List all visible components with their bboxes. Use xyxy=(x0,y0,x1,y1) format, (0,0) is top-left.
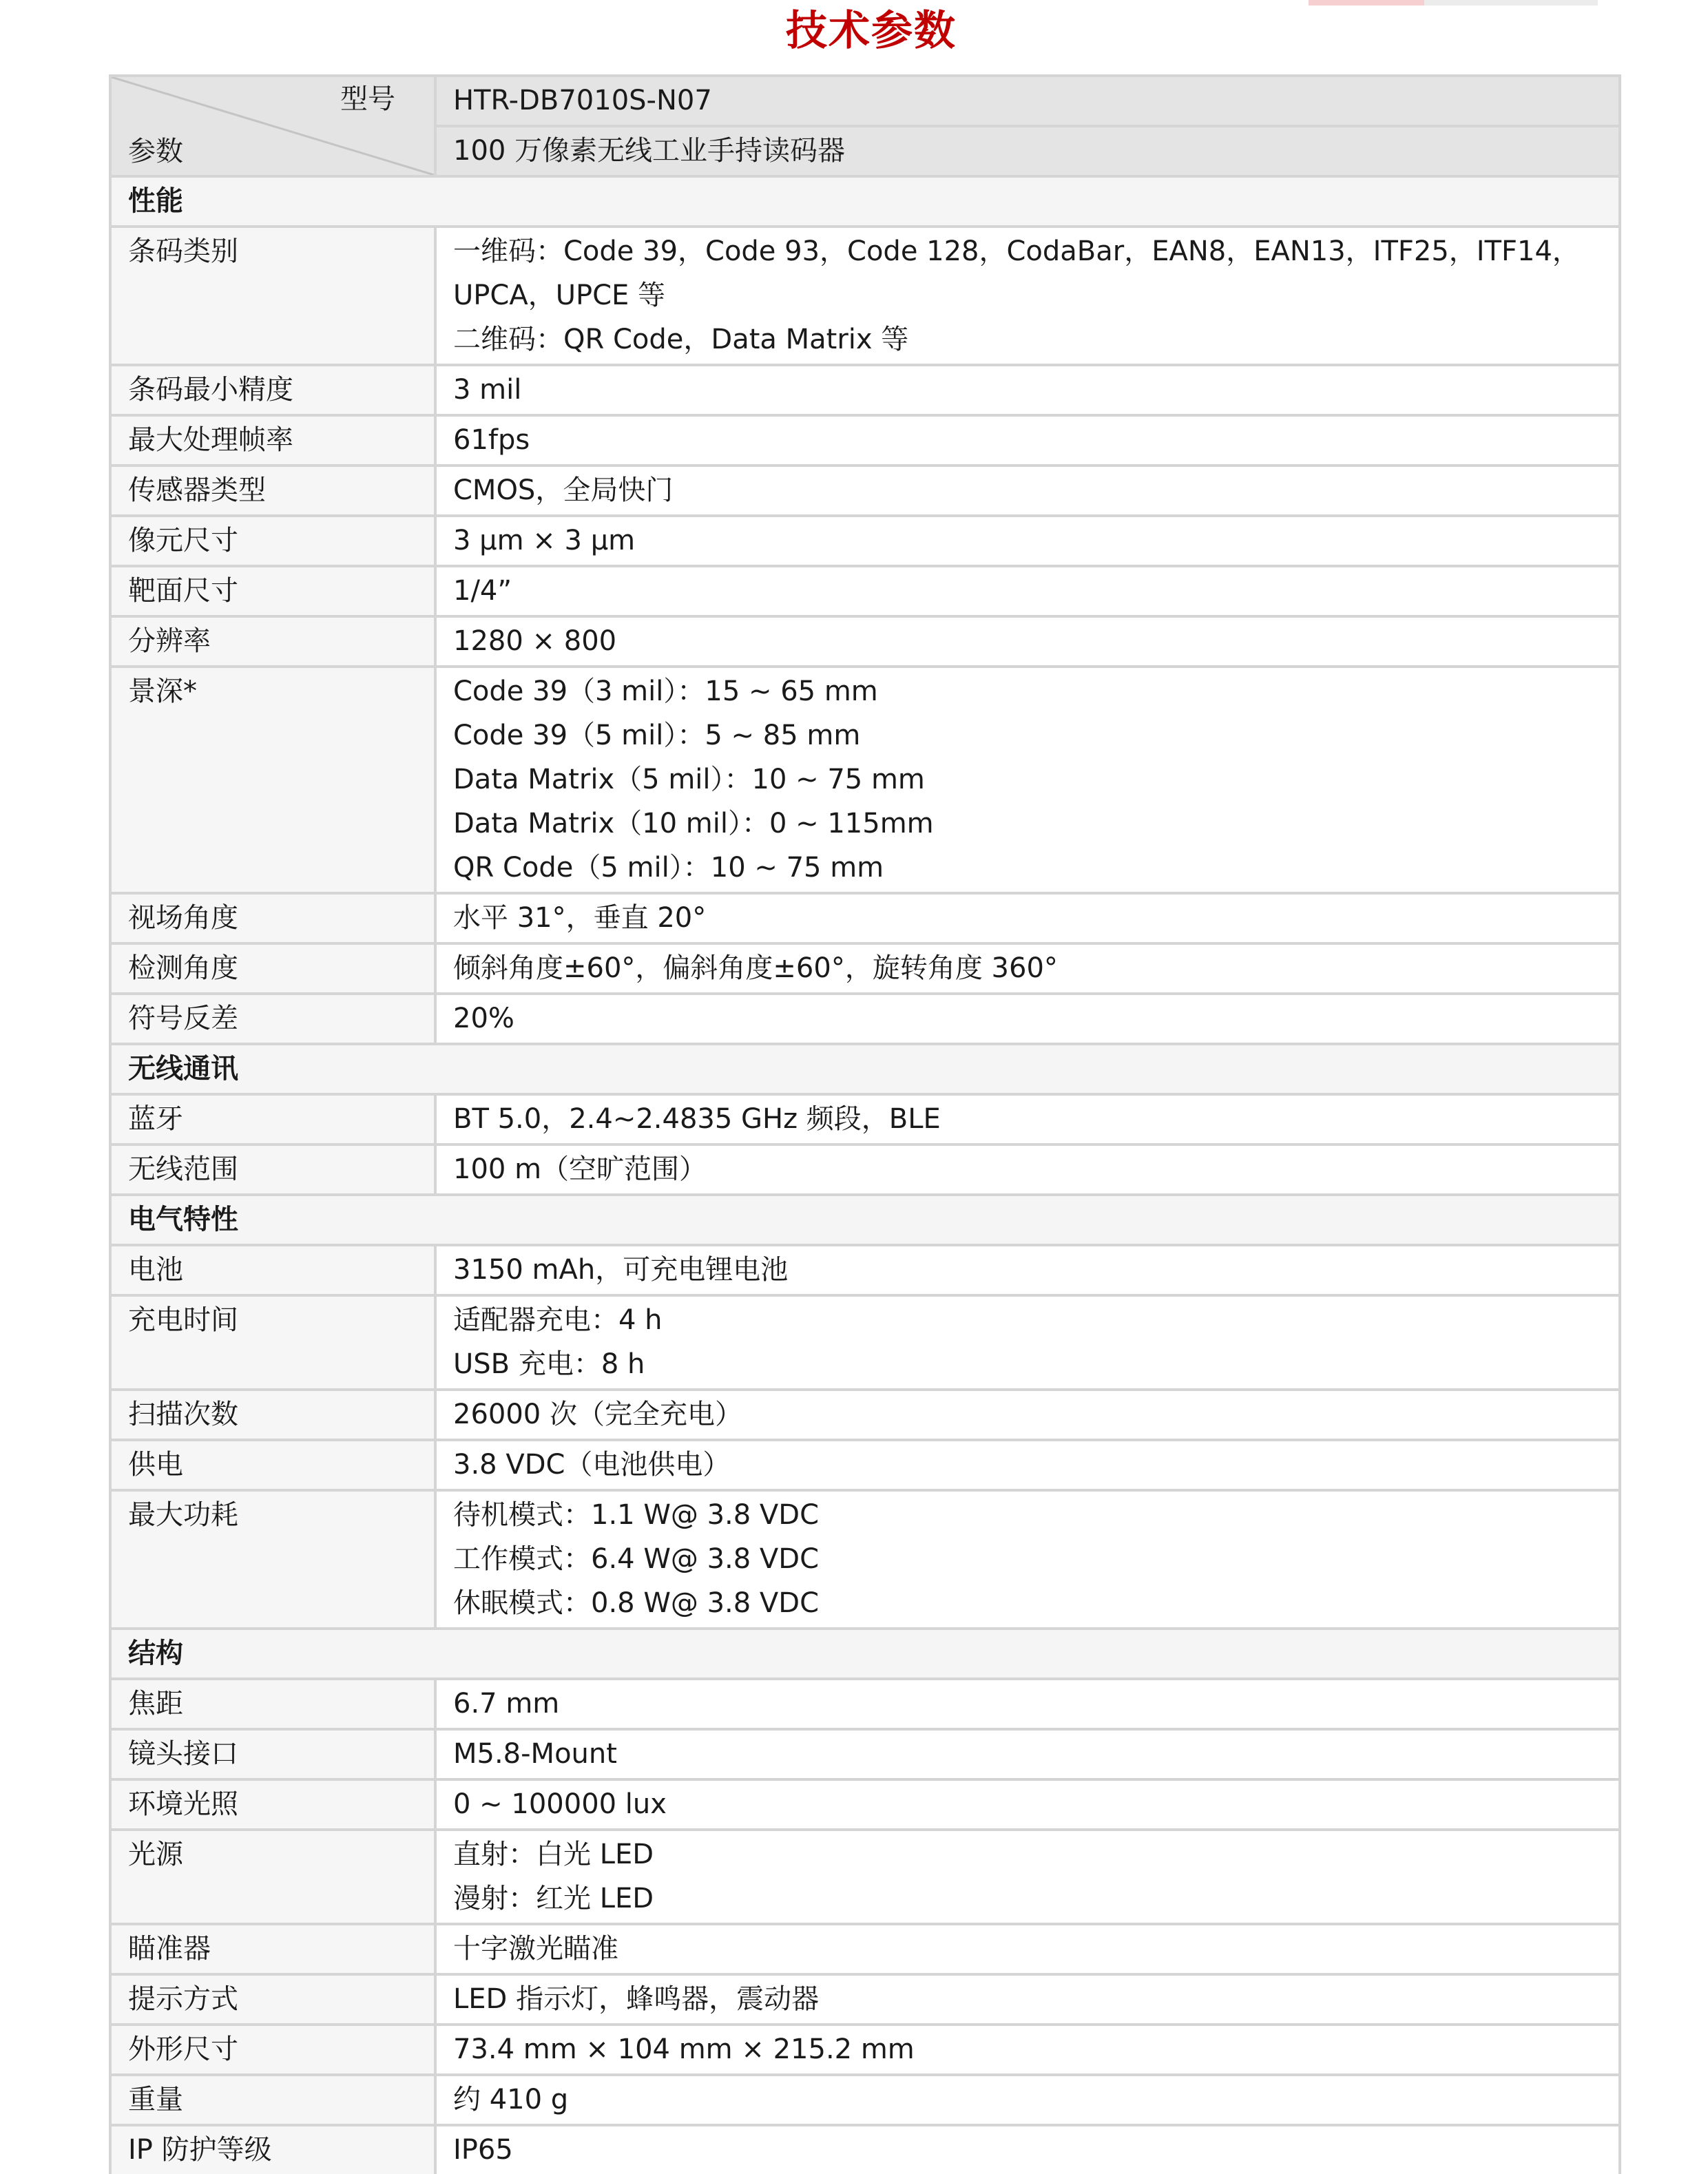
spec-row: 环境光照0 ~ 100000 lux xyxy=(110,1779,1620,1830)
spec-label: 蓝牙 xyxy=(110,1094,435,1145)
spec-value-line: IP65 xyxy=(453,2128,1605,2172)
spec-value: 待机模式：1.1 W@ 3.8 VDC工作模式：6.4 W@ 3.8 VDC休眠… xyxy=(435,1490,1620,1629)
spec-value-line: 6.7 mm xyxy=(453,1682,1605,1726)
spec-row: 检测角度倾斜角度±60°，偏斜角度±60°，旋转角度 360° xyxy=(110,943,1620,994)
spec-value: M5.8-Mount xyxy=(435,1729,1620,1779)
spec-value-line: 一维码：Code 39，Code 93，Code 128，CodaBar，EAN… xyxy=(453,229,1605,273)
spec-value-line: 26000 次（完全充电） xyxy=(453,1392,1605,1436)
model-header-label: 型号 xyxy=(340,77,395,121)
spec-value: 3 μm × 3 μm xyxy=(435,516,1620,566)
section-title: 无线通讯 xyxy=(110,1044,1620,1094)
spec-value-line: 73.4 mm × 104 mm × 215.2 mm xyxy=(453,2027,1605,2071)
spec-value-line: Code 39（5 mil）：5 ~ 85 mm xyxy=(453,713,1605,757)
spec-value: LED 指示灯，蜂鸣器，震动器 xyxy=(435,1974,1620,2025)
spec-row: IP 防护等级IP65 xyxy=(110,2125,1620,2174)
spec-value: 水平 31°，垂直 20° xyxy=(435,893,1620,943)
spec-value: 3 mil xyxy=(435,365,1620,415)
spec-label: 镜头接口 xyxy=(110,1729,435,1779)
spec-value: 100 m（空旷范围） xyxy=(435,1145,1620,1195)
spec-value-line: 3150 mAh，可充电锂电池 xyxy=(453,1248,1605,1292)
spec-row: 扫描次数26000 次（完全充电） xyxy=(110,1390,1620,1440)
spec-value-line: 100 m（空旷范围） xyxy=(453,1147,1605,1191)
spec-label: 焦距 xyxy=(110,1679,435,1729)
spec-value-line: 0 ~ 100000 lux xyxy=(453,1782,1605,1826)
spec-row: 充电时间适配器充电：4 hUSB 充电：8 h xyxy=(110,1295,1620,1390)
spec-label: 条码最小精度 xyxy=(110,365,435,415)
product-description: 100 万像素无线工业手持读码器 xyxy=(435,126,1620,176)
spec-value: 3.8 VDC（电池供电） xyxy=(435,1440,1620,1490)
spec-row: 分辨率1280 × 800 xyxy=(110,616,1620,667)
spec-row: 景深*Code 39（3 mil）：15 ~ 65 mmCode 39（5 mi… xyxy=(110,667,1620,893)
spec-row: 光源直射：白光 LED漫射：红光 LED xyxy=(110,1830,1620,1924)
spec-value-line: 倾斜角度±60°，偏斜角度±60°，旋转角度 360° xyxy=(453,946,1605,990)
spec-value: CMOS，全局快门 xyxy=(435,466,1620,516)
spec-row: 条码最小精度3 mil xyxy=(110,365,1620,415)
spec-label: 扫描次数 xyxy=(110,1390,435,1440)
spec-row: 条码类别一维码：Code 39，Code 93，Code 128，CodaBar… xyxy=(110,227,1620,365)
spec-label: 重量 xyxy=(110,2075,435,2125)
spec-row: 焦距6.7 mm xyxy=(110,1679,1620,1729)
spec-value-line: UPCA，UPCE 等 xyxy=(453,273,1605,317)
spec-label: 景深* xyxy=(110,667,435,893)
spec-row: 供电3.8 VDC（电池供电） xyxy=(110,1440,1620,1490)
page-title: 技术参数 xyxy=(0,1,1708,61)
spec-label: 提示方式 xyxy=(110,1974,435,2025)
spec-label: 检测角度 xyxy=(110,943,435,994)
spec-row: 电池3150 mAh，可充电锂电池 xyxy=(110,1245,1620,1295)
header-corner-cell: 型号 参数 xyxy=(110,76,435,176)
spec-row: 靶面尺寸1/4” xyxy=(110,566,1620,616)
spec-value-line: 3.8 VDC（电池供电） xyxy=(453,1443,1605,1487)
spec-value: 一维码：Code 39，Code 93，Code 128，CodaBar，EAN… xyxy=(435,227,1620,365)
spec-value: 适配器充电：4 hUSB 充电：8 h xyxy=(435,1295,1620,1390)
spec-label: 传感器类型 xyxy=(110,466,435,516)
spec-value: 直射：白光 LED漫射：红光 LED xyxy=(435,1830,1620,1924)
spec-value-line: 工作模式：6.4 W@ 3.8 VDC xyxy=(453,1537,1605,1581)
spec-row: 传感器类型CMOS，全局快门 xyxy=(110,466,1620,516)
spec-value-line: M5.8-Mount xyxy=(453,1732,1605,1776)
spec-value: BT 5.0，2.4~2.4835 GHz 频段，BLE xyxy=(435,1094,1620,1145)
spec-value-line: 二维码：QR Code，Data Matrix 等 xyxy=(453,317,1605,362)
spec-value: 26000 次（完全充电） xyxy=(435,1390,1620,1440)
spec-row: 视场角度水平 31°，垂直 20° xyxy=(110,893,1620,943)
spec-label: 条码类别 xyxy=(110,227,435,365)
spec-value: Code 39（3 mil）：15 ~ 65 mmCode 39（5 mil）：… xyxy=(435,667,1620,893)
spec-value: 61fps xyxy=(435,415,1620,466)
spec-value-line: 20% xyxy=(453,996,1605,1041)
spec-value: 倾斜角度±60°，偏斜角度±60°，旋转角度 360° xyxy=(435,943,1620,994)
spec-row: 像元尺寸3 μm × 3 μm xyxy=(110,516,1620,566)
spec-value-line: 直射：白光 LED xyxy=(453,1832,1605,1877)
spec-row: 提示方式LED 指示灯，蜂鸣器，震动器 xyxy=(110,1974,1620,2025)
spec-table: 型号 参数 HTR-DB7010S-N07 100 万像素无线工业手持读码器 性… xyxy=(109,74,1621,2174)
spec-row: 最大处理帧率61fps xyxy=(110,415,1620,466)
spec-value: 73.4 mm × 104 mm × 215.2 mm xyxy=(435,2025,1620,2075)
section-title: 性能 xyxy=(110,176,1620,227)
spec-value-line: 3 μm × 3 μm xyxy=(453,519,1605,563)
spec-label: 分辨率 xyxy=(110,616,435,667)
section-title: 结构 xyxy=(110,1629,1620,1679)
spec-value: 6.7 mm xyxy=(435,1679,1620,1729)
header-row-model: 型号 参数 HTR-DB7010S-N07 xyxy=(110,76,1620,126)
spec-value-line: 待机模式：1.1 W@ 3.8 VDC xyxy=(453,1493,1605,1537)
param-header-label: 参数 xyxy=(128,129,183,174)
spec-label: 外形尺寸 xyxy=(110,2025,435,2075)
spec-label: 视场角度 xyxy=(110,893,435,943)
spec-value-line: 水平 31°，垂直 20° xyxy=(453,896,1605,940)
section-header: 结构 xyxy=(110,1629,1620,1679)
spec-value: 1/4” xyxy=(435,566,1620,616)
spec-label: IP 防护等级 xyxy=(110,2125,435,2174)
spec-value-line: LED 指示灯，蜂鸣器，震动器 xyxy=(453,1977,1605,2021)
spec-value-line: 61fps xyxy=(453,418,1605,462)
spec-value-line: BT 5.0，2.4~2.4835 GHz 频段，BLE xyxy=(453,1097,1605,1141)
spec-value: 约 410 g xyxy=(435,2075,1620,2125)
spec-value: 1280 × 800 xyxy=(435,616,1620,667)
spec-value: IP65 xyxy=(435,2125,1620,2174)
spec-row: 符号反差20% xyxy=(110,994,1620,1044)
spec-row: 无线范围100 m（空旷范围） xyxy=(110,1145,1620,1195)
spec-label: 最大功耗 xyxy=(110,1490,435,1629)
spec-row: 镜头接口M5.8-Mount xyxy=(110,1729,1620,1779)
spec-label: 供电 xyxy=(110,1440,435,1490)
spec-row: 瞄准器十字激光瞄准 xyxy=(110,1924,1620,1974)
spec-row: 外形尺寸73.4 mm × 104 mm × 215.2 mm xyxy=(110,2025,1620,2075)
spec-label: 靶面尺寸 xyxy=(110,566,435,616)
spec-label: 光源 xyxy=(110,1830,435,1924)
spec-label: 充电时间 xyxy=(110,1295,435,1390)
spec-value-line: 3 mil xyxy=(453,368,1605,412)
spec-value-line: QR Code（5 mil）：10 ~ 75 mm xyxy=(453,846,1605,890)
spec-value-line: 1280 × 800 xyxy=(453,619,1605,663)
section-header: 电气特性 xyxy=(110,1195,1620,1245)
spec-value-line: Data Matrix（5 mil）：10 ~ 75 mm xyxy=(453,757,1605,802)
spec-row: 最大功耗待机模式：1.1 W@ 3.8 VDC工作模式：6.4 W@ 3.8 V… xyxy=(110,1490,1620,1629)
spec-value-line: 1/4” xyxy=(453,569,1605,613)
spec-value-line: 十字激光瞄准 xyxy=(453,1927,1605,1971)
spec-value-line: 约 410 g xyxy=(453,2078,1605,2122)
model-number: HTR-DB7010S-N07 xyxy=(435,76,1620,126)
spec-label: 最大处理帧率 xyxy=(110,415,435,466)
spec-label: 电池 xyxy=(110,1245,435,1295)
spec-value: 0 ~ 100000 lux xyxy=(435,1779,1620,1830)
spec-value-line: USB 充电：8 h xyxy=(453,1342,1605,1386)
spec-label: 瞄准器 xyxy=(110,1924,435,1974)
spec-value-line: 漫射：红光 LED xyxy=(453,1877,1605,1921)
spec-value-line: Code 39（3 mil）：15 ~ 65 mm xyxy=(453,669,1605,713)
spec-value: 20% xyxy=(435,994,1620,1044)
section-header: 性能 xyxy=(110,176,1620,227)
spec-label: 符号反差 xyxy=(110,994,435,1044)
spec-value: 3150 mAh，可充电锂电池 xyxy=(435,1245,1620,1295)
spec-label: 像元尺寸 xyxy=(110,516,435,566)
spec-value-line: 适配器充电：4 h xyxy=(453,1298,1605,1342)
section-header: 无线通讯 xyxy=(110,1044,1620,1094)
spec-label: 环境光照 xyxy=(110,1779,435,1830)
spec-value-line: Data Matrix（10 mil）：0 ~ 115mm xyxy=(453,802,1605,846)
spec-value-line: CMOS，全局快门 xyxy=(453,468,1605,512)
section-title: 电气特性 xyxy=(110,1195,1620,1245)
spec-row: 重量约 410 g xyxy=(110,2075,1620,2125)
spec-label: 无线范围 xyxy=(110,1145,435,1195)
spec-value-line: 休眠模式：0.8 W@ 3.8 VDC xyxy=(453,1581,1605,1625)
spec-row: 蓝牙BT 5.0，2.4~2.4835 GHz 频段，BLE xyxy=(110,1094,1620,1145)
spec-value: 十字激光瞄准 xyxy=(435,1924,1620,1974)
